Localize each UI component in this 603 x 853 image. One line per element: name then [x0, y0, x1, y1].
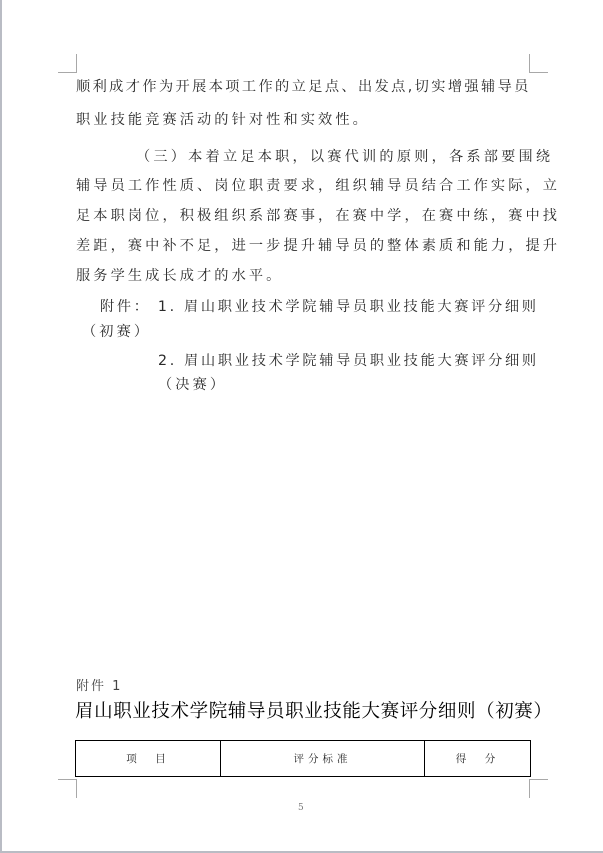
body-text-line: （三）本着立足本职，以赛代训的原则，各系部要围绕 — [136, 147, 591, 167]
table-header-score: 得 分 — [425, 741, 531, 777]
margin-corner-mark-top-left — [58, 54, 77, 73]
table-header-item: 项 目 — [76, 741, 221, 777]
body-text-line: 服务学生成长成才的水平。 — [76, 266, 531, 286]
body-text-line: 辅导员工作性质、岗位职责要求，组织辅导员结合工作实际，立 — [76, 176, 531, 196]
appendix-label: 附件 1 — [76, 675, 122, 694]
attachment-item-2-continuation: （决赛） — [158, 375, 603, 395]
body-text-line: 足本职岗位，积极组织系部赛事，在赛中学，在赛中练，赛中找 — [76, 206, 531, 226]
body-text-line: 职业技能竞赛活动的针对性和实效性。 — [76, 110, 531, 130]
scoring-table: 项 目 评分标准 得 分 — [75, 740, 531, 777]
margin-corner-mark-bottom-left — [58, 779, 77, 798]
margin-corner-mark-bottom-right — [529, 779, 548, 798]
body-text-line: 顺利成才作为开展本项工作的立足点、出发点,切实增强辅导员 — [76, 77, 531, 97]
attachment-item-1-continuation: （初赛） — [82, 322, 537, 342]
attachment-item-1: 附件： 1. 眉山职业技术学院辅导员职业技能大赛评分细则 — [100, 297, 555, 317]
table-header-criteria: 评分标准 — [221, 741, 425, 777]
table-header-row: 项 目 评分标准 得 分 — [76, 741, 531, 777]
page-border-left — [0, 0, 2, 853]
page-number: 5 — [298, 803, 304, 813]
margin-corner-mark-top-right — [529, 54, 548, 73]
body-text-line: 差距，赛中补不足，进一步提升辅导员的整体素质和能力，提升 — [76, 236, 531, 256]
attachment-item-2: 2. 眉山职业技术学院辅导员职业技能大赛评分细则 — [158, 351, 603, 371]
appendix-title: 眉山职业技术学院辅导员职业技能大赛评分细则（初赛） — [75, 697, 553, 723]
